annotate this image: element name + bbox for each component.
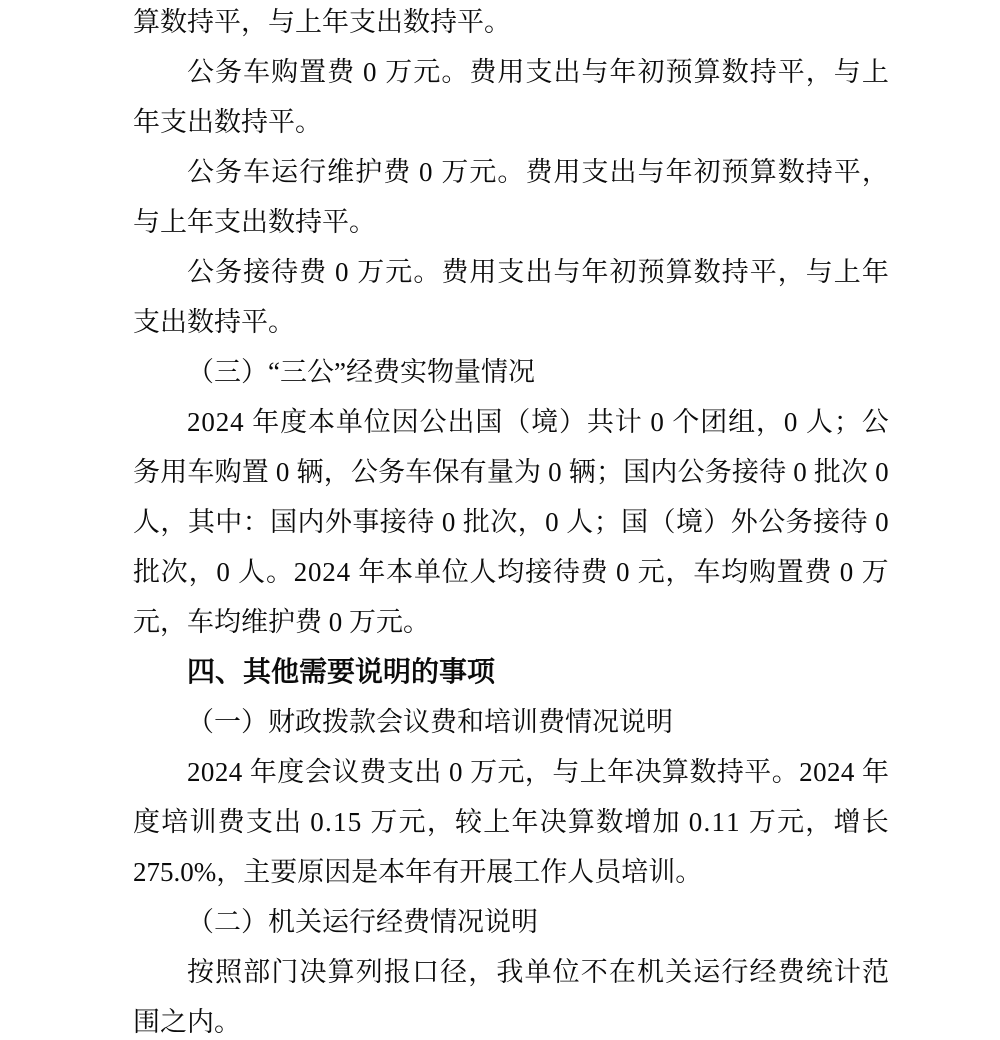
paragraph-tail-line: 算数持平，与上年支出数持平。 [133,0,889,47]
subsection-heading-two: （二）机关运行经费情况说明 [133,897,889,947]
paragraph-line: 围之内。 [133,997,889,1040]
paragraph-line: 批次，0 人。2024 年本单位人均接待费 0 元，车均购置费 0 万 [133,547,889,597]
document-body: 算数持平，与上年支出数持平。 公务车购置费 0 万元。费用支出与年初预算数持平，… [133,0,889,1040]
subsection-heading-one: （一）财政拨款会议费和培训费情况说明 [133,697,889,747]
paragraph-line: 公务车购置费 0 万元。费用支出与年初预算数持平，与上 [133,47,889,97]
paragraph-line: 公务接待费 0 万元。费用支出与年初预算数持平，与上年 [133,247,889,297]
paragraph-line: 2024 年度会议费支出 0 万元，与上年决算数持平。2024 年 [133,747,889,797]
paragraph-line: 按照部门决算列报口径，我单位不在机关运行经费统计范 [133,947,889,997]
paragraph-line: 度培训费支出 0.15 万元，较上年决算数增加 0.11 万元，增长 [133,797,889,847]
paragraph-line: 2024 年度本单位因公出国（境）共计 0 个团组，0 人；公 [133,397,889,447]
paragraph-line: 支出数持平。 [133,297,889,347]
paragraph-line: 人，其中：国内外事接待 0 批次，0 人；国（境）外公务接待 0 [133,497,889,547]
paragraph-line: 元，车均维护费 0 万元。 [133,597,889,647]
paragraph-line: 务用车购置 0 辆，公务车保有量为 0 辆；国内公务接待 0 批次 0 [133,447,889,497]
subsection-heading-three: （三）“三公”经费实物量情况 [133,347,889,397]
document-page: 算数持平，与上年支出数持平。 公务车购置费 0 万元。费用支出与年初预算数持平，… [0,0,1000,1040]
paragraph-line: 公务车运行维护费 0 万元。费用支出与年初预算数持平， [133,147,889,197]
paragraph-line: 与上年支出数持平。 [133,197,889,247]
paragraph-line: 年支出数持平。 [133,97,889,147]
section-heading-four: 四、其他需要说明的事项 [133,647,889,697]
paragraph-line: 275.0%，主要原因是本年有开展工作人员培训。 [133,847,889,897]
